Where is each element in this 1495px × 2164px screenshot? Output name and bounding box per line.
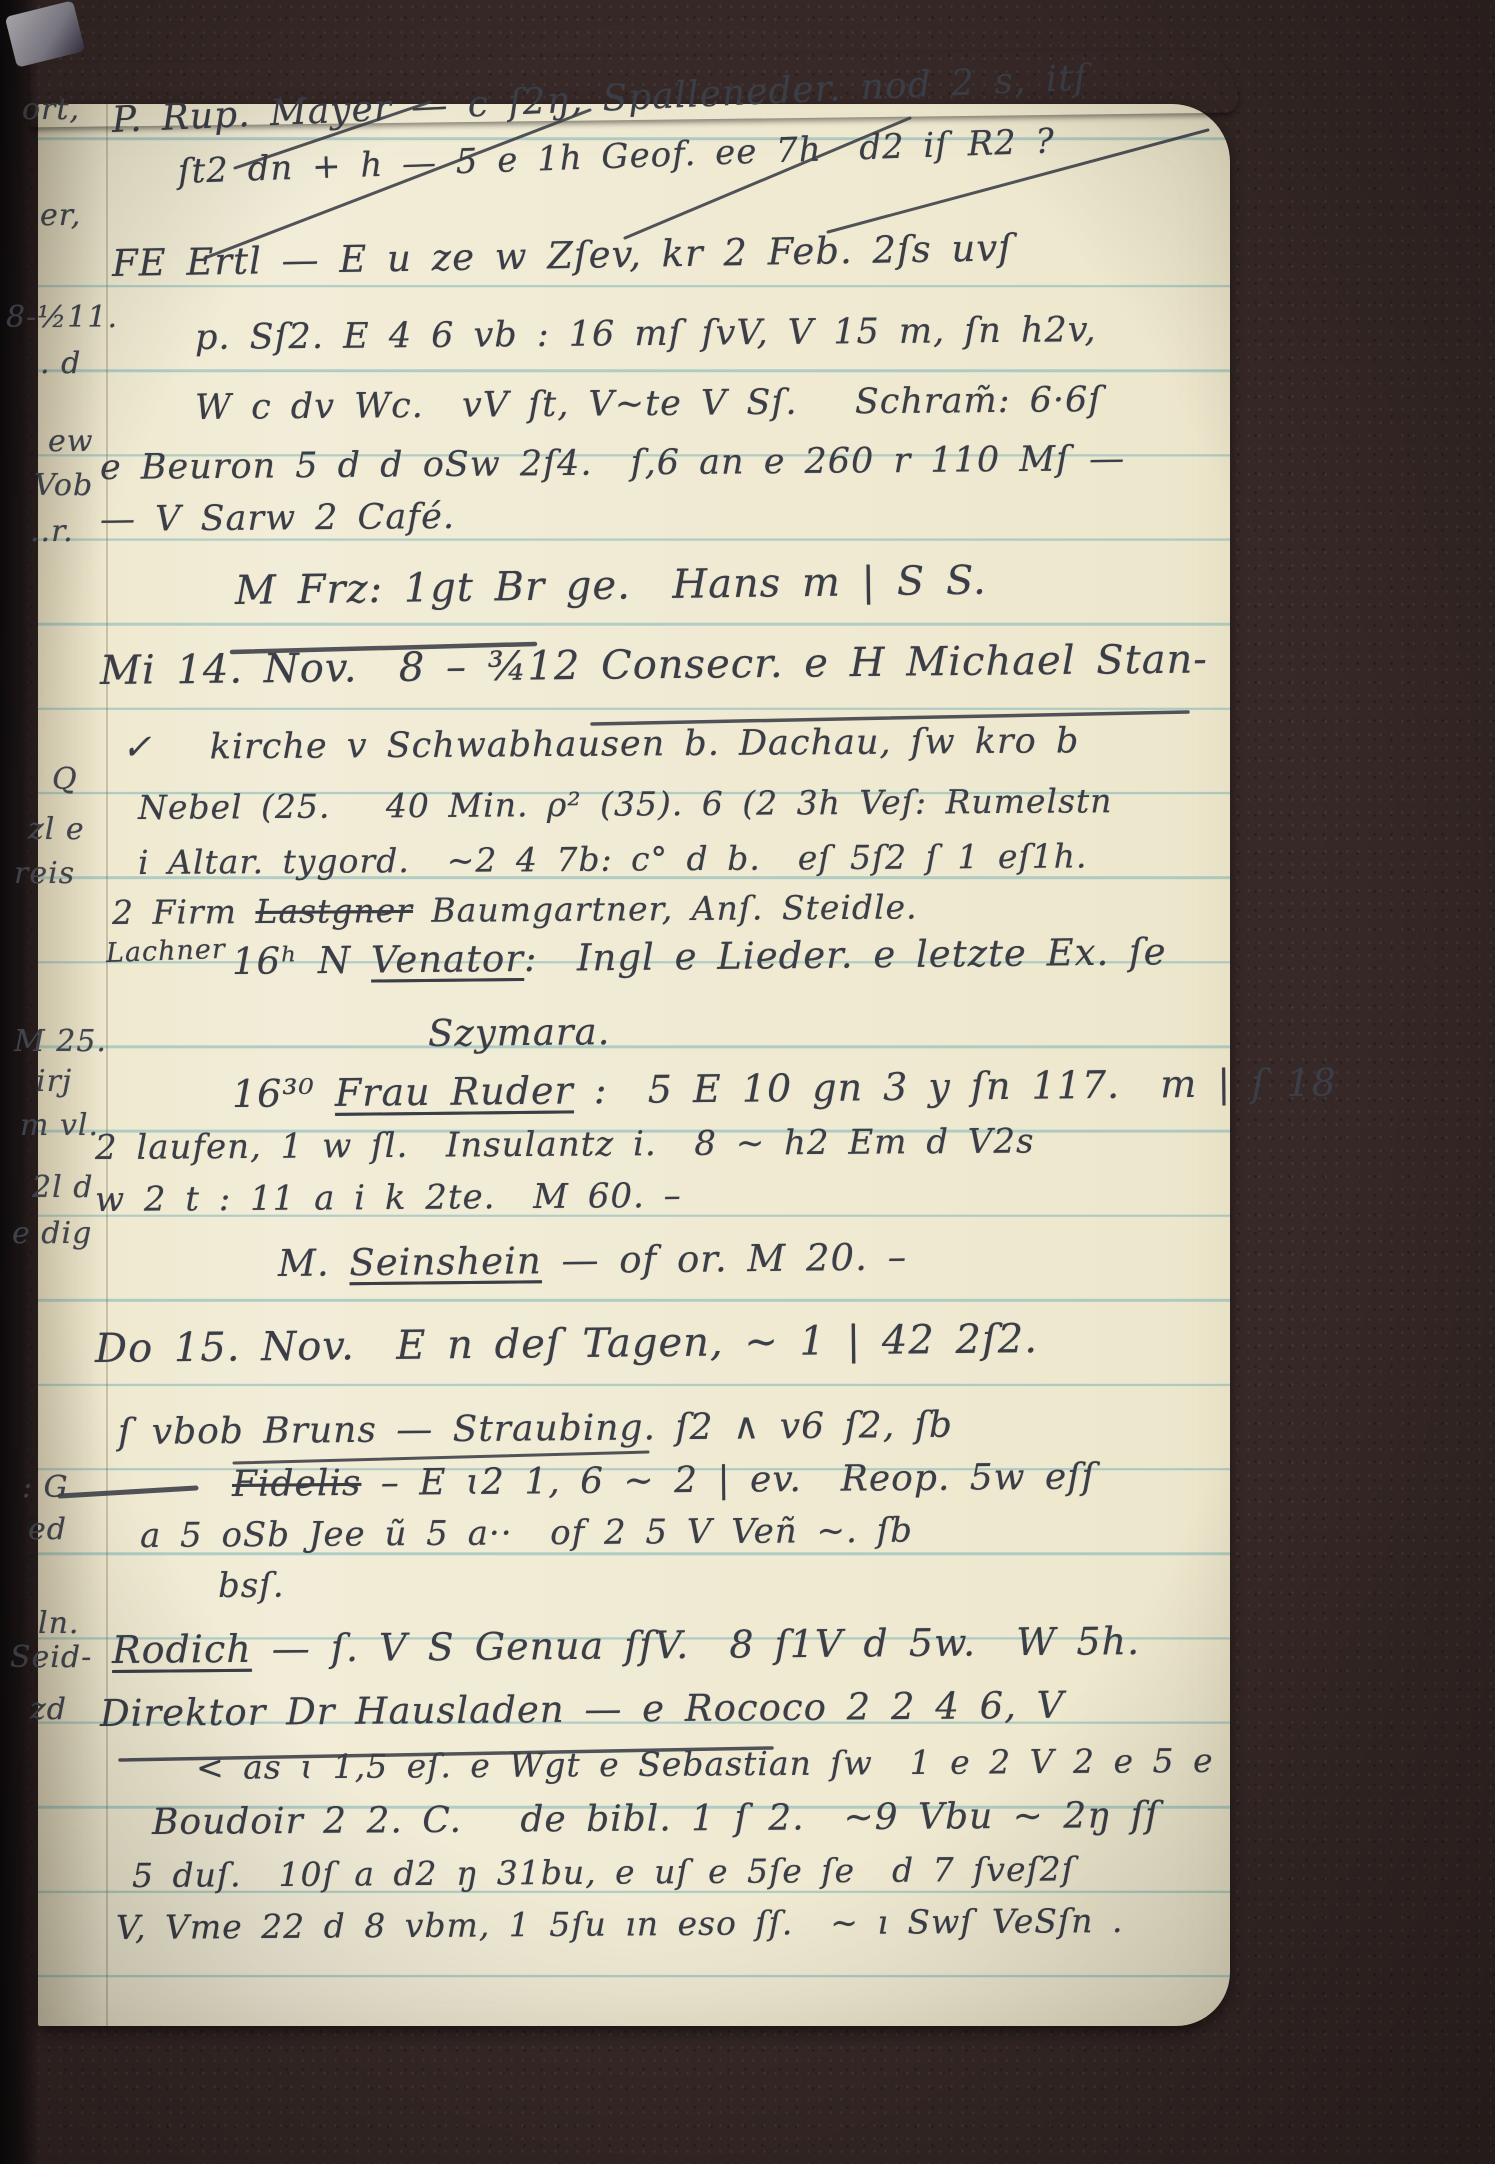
photo-vignette (0, 0, 1495, 2164)
photo-of-handwritten-notebook: { "meta": { "description": "Photograph o… (0, 0, 1495, 2164)
